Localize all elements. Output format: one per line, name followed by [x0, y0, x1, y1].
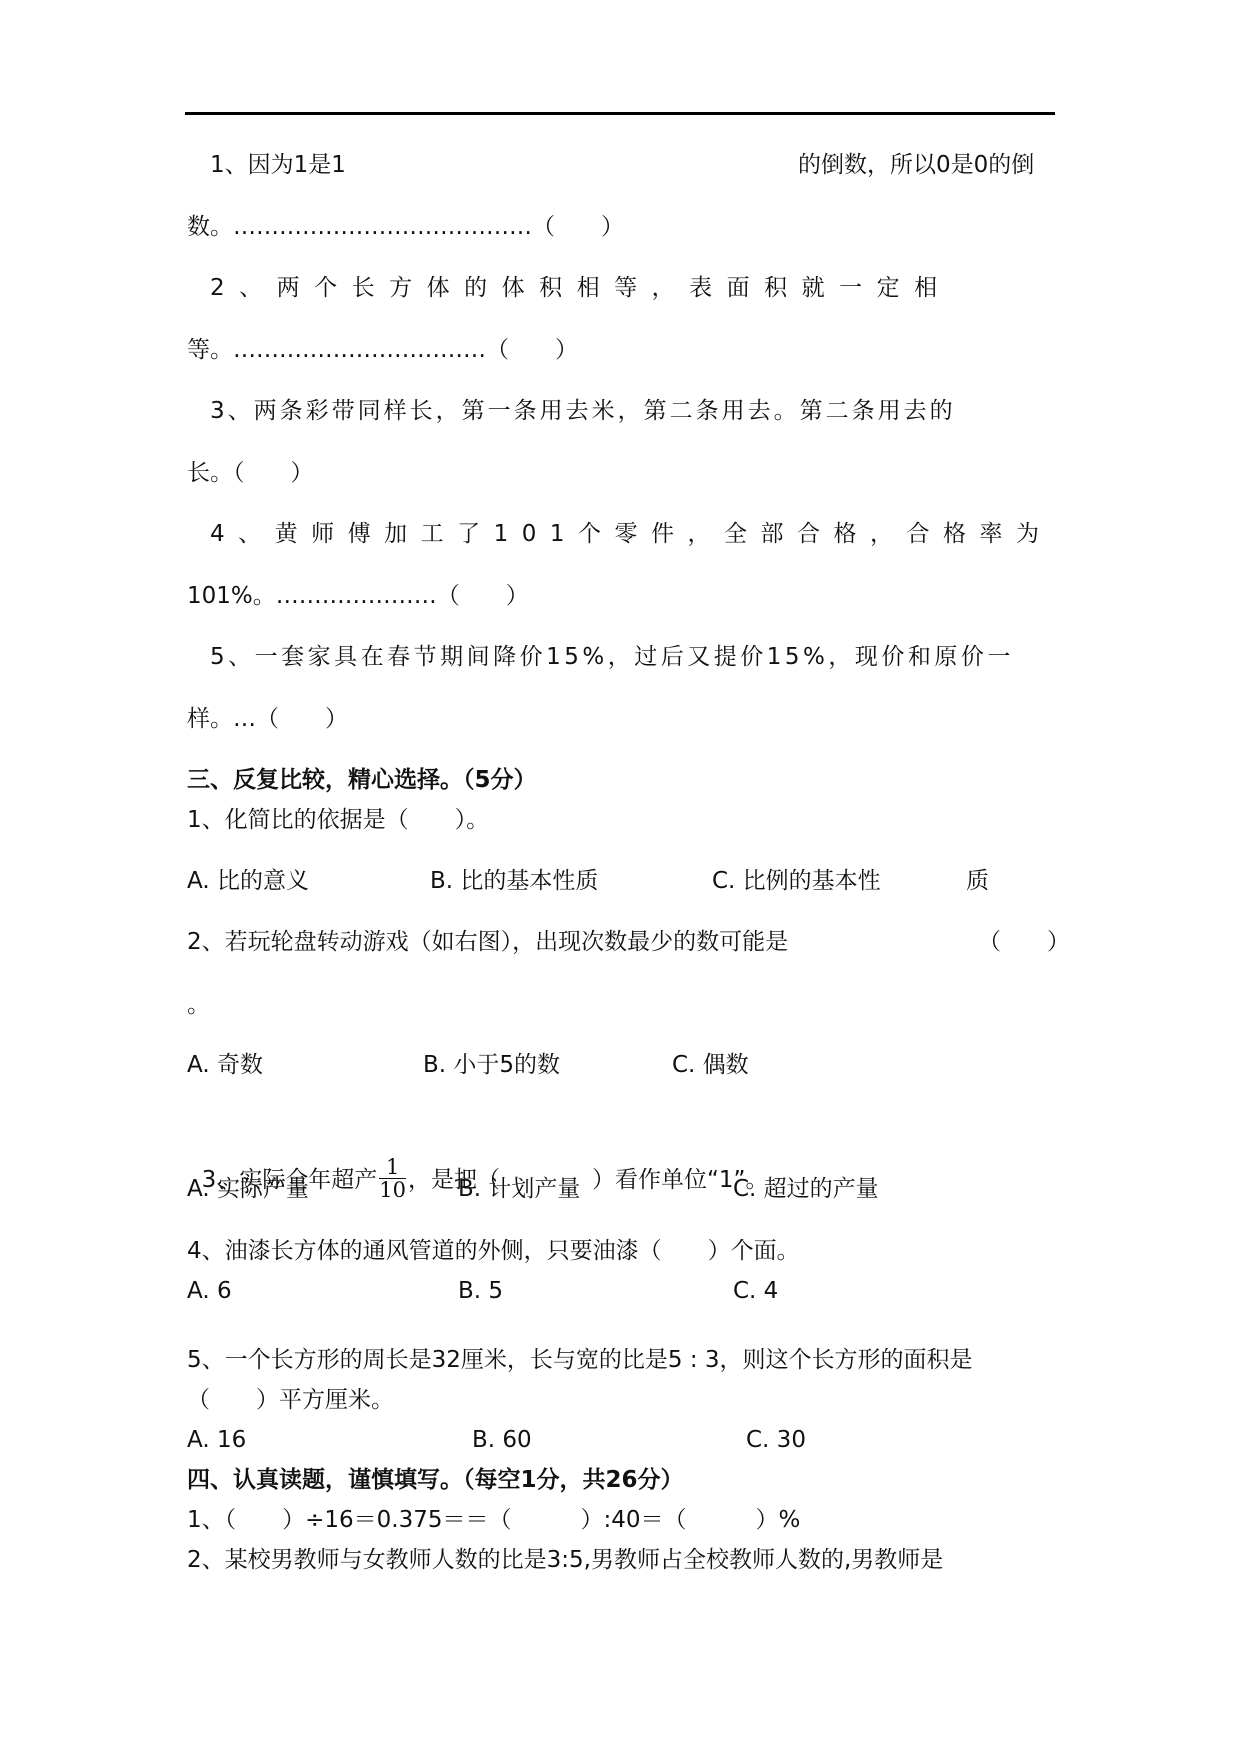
- s3-q1-option-c-tail: 质: [966, 866, 989, 896]
- judge-q4-line1: 4、黄师傅加工了101个零件，全部合格，合格率为: [210, 519, 1053, 549]
- s3-q5-option-c: C. 30: [746, 1425, 806, 1455]
- judge-q2-line2: 等。……………………………（ ）: [187, 335, 578, 365]
- s4-q1: 1、（ ）÷16＝0.375＝＝（ ）:40＝（ ）%: [187, 1505, 800, 1535]
- s3-q5-stem-line2: （ ）平方厘米。: [187, 1385, 394, 1415]
- s3-q5-stem-line1: 5、一个长方形的周长是32厘米，长与宽的比是5 : 3，则这个长方形的面积是: [187, 1345, 973, 1375]
- s3-q3-option-b: B. 计划产量: [458, 1174, 580, 1204]
- s3-q5-option-a: A. 16: [187, 1425, 246, 1455]
- header-rule: [185, 112, 1055, 115]
- s3-q1-option-c: C. 比例的基本性: [712, 866, 881, 896]
- s3-q2-option-c: C. 偶数: [672, 1050, 749, 1080]
- judge-q5-line2: 样。…（ ）: [187, 704, 348, 734]
- s3-q1-stem: 1、化简比的依据是（ ）。: [187, 805, 489, 835]
- s3-q3-option-c: C. 超过的产量: [733, 1174, 879, 1204]
- s3-q2-option-b: B. 小于5的数: [423, 1050, 560, 1080]
- s4-q2: 2、某校男教师与女教师人数的比是3:5,男教师占全校教师人数的,男教师是: [187, 1545, 943, 1575]
- s3-q1-option-a: A. 比的意义: [187, 866, 309, 896]
- s3-q4-option-b: B. 5: [458, 1276, 503, 1306]
- s3-q2-stem: 2、若玩轮盘转动游戏（如右图），出现次数最少的数可能是: [187, 927, 788, 957]
- judge-q3-line1: 3、两条彩带同样长，第一条用去米，第二条用去。第二条用去的: [210, 396, 956, 426]
- s3-q4-option-c: C. 4: [733, 1276, 778, 1306]
- s3-q2-option-a: A. 奇数: [187, 1050, 263, 1080]
- section4-title: 四、认真读题，谨慎填写。（每空1分，共26分）: [187, 1465, 684, 1495]
- judge-q1-line1-right: 的倒数，所以0是0的倒: [798, 150, 1034, 180]
- s3-q2-period: 。: [187, 990, 210, 1020]
- s3-q5-option-b: B. 60: [472, 1425, 532, 1455]
- judge-q5-line1: 5、一套家具在春节期间降价15%，过后又提价15%，现价和原价一: [210, 642, 1014, 672]
- section3-title: 三、反复比较，精心选择。（5分）: [187, 765, 537, 795]
- s3-q1-option-b: B. 比的基本性质: [430, 866, 598, 896]
- s3-q4-stem: 4、油漆长方体的通风管道的外侧，只要油漆（ ）个面。: [187, 1236, 800, 1266]
- judge-q2-line1: 2、两个长方体的体积相等，表面积就一定相: [210, 273, 952, 303]
- judge-q1-line1-left: 1、因为1是1: [210, 150, 346, 180]
- judge-q3-line2: 长。（ ）: [187, 458, 314, 488]
- s3-q4-option-a: A. 6: [187, 1276, 232, 1306]
- s3-q2-paren: （ ）: [978, 927, 1070, 957]
- s3-q3-option-a: A. 实际产量: [187, 1174, 309, 1204]
- judge-q4-line2: 101%。…………………（ ）: [187, 581, 529, 611]
- judge-q1-line2: 数。…………………………………（ ）: [187, 212, 624, 242]
- fraction-one-tenth: 110: [379, 1156, 406, 1201]
